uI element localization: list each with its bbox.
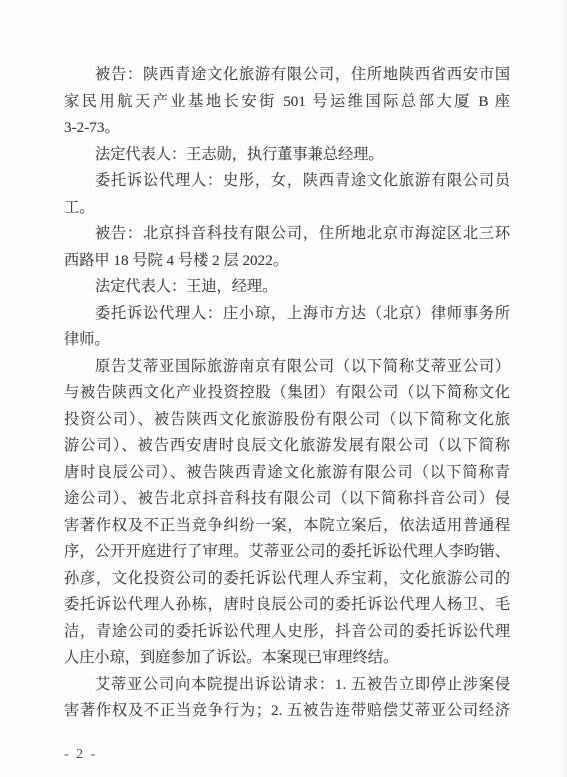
text-line: 害著作权及不正当竞争纠纷一案，本院立案后，依法适用普通程 <box>64 513 510 540</box>
text-line: 游公司）、被告西安唐时良辰文化旅游发展有限公司（以下简称 <box>64 433 510 460</box>
page-number: - 2 - <box>64 746 97 764</box>
text-line: 害著作权及不正当竞争行为；2. 五被告连带赔偿艾蒂亚公司经济 <box>64 698 510 725</box>
text-line: 与被告陕西文化产业投资控股（集团）有限公司（以下简称文化 <box>64 380 510 407</box>
text-line: 西路甲 18 号院 4 号楼 2 层 2022。 <box>64 248 510 275</box>
text-line: 序，公开开庭进行了审理。艾蒂亚公司的委托诉讼代理人李昀锴、 <box>64 539 510 566</box>
text-line: 唐时良辰公司）、被告陕西青途文化旅游有限公司（以下简称青 <box>64 460 510 487</box>
text-line: 委托诉讼代理人：史彤，女，陕西青途文化旅游有限公司员 <box>64 168 510 195</box>
text-line: 律师。 <box>64 327 510 354</box>
document-page: 被告：陕西青途文化旅游有限公司，住所地陕西省西安市国家民用航天产业基地长安街 5… <box>0 0 567 777</box>
text-line: 委托诉讼代理人孙栋，唐时良辰公司的委托诉讼代理人杨卫、毛 <box>64 592 510 619</box>
text-line: 洁，青途公司的委托诉讼代理人史彤，抖音公司的委托诉讼代理 <box>64 619 510 646</box>
text-line: 途公司）、被告北京抖音科技有限公司（以下简称抖音公司）侵 <box>64 486 510 513</box>
text-line: 投资公司）、被告陕西文化旅游股份有限公司（以下简称文化旅 <box>64 407 510 434</box>
text-line: 原告艾蒂亚国际旅游南京有限公司（以下简称艾蒂亚公司） <box>64 354 510 381</box>
text-line: 艾蒂亚公司向本院提出诉讼请求：1. 五被告立即停止涉案侵 <box>64 672 510 699</box>
text-line: 3-2-73。 <box>64 115 510 142</box>
text-line: 法定代表人：王迪，经理。 <box>64 274 510 301</box>
body-text: 被告：陕西青途文化旅游有限公司，住所地陕西省西安市国家民用航天产业基地长安街 5… <box>64 62 510 725</box>
text-line: 被告：陕西青途文化旅游有限公司，住所地陕西省西安市国 <box>64 62 510 89</box>
text-line: 法定代表人：王志勋，执行董事兼总经理。 <box>64 142 510 169</box>
text-line: 孙彦，文化投资公司的委托诉讼代理人乔宝莉，文化旅游公司的 <box>64 566 510 593</box>
text-line: 工。 <box>64 195 510 222</box>
text-line: 委托诉讼代理人：庄小琼，上海市方达（北京）律师事务所 <box>64 301 510 328</box>
text-line: 人庄小琼，到庭参加了诉讼。本案现已审理终结。 <box>64 645 510 672</box>
text-line: 被告：北京抖音科技有限公司，住所地北京市海淀区北三环 <box>64 221 510 248</box>
text-line: 家民用航天产业基地长安街 501 号运维国际总部大厦 B 座 <box>64 89 510 116</box>
